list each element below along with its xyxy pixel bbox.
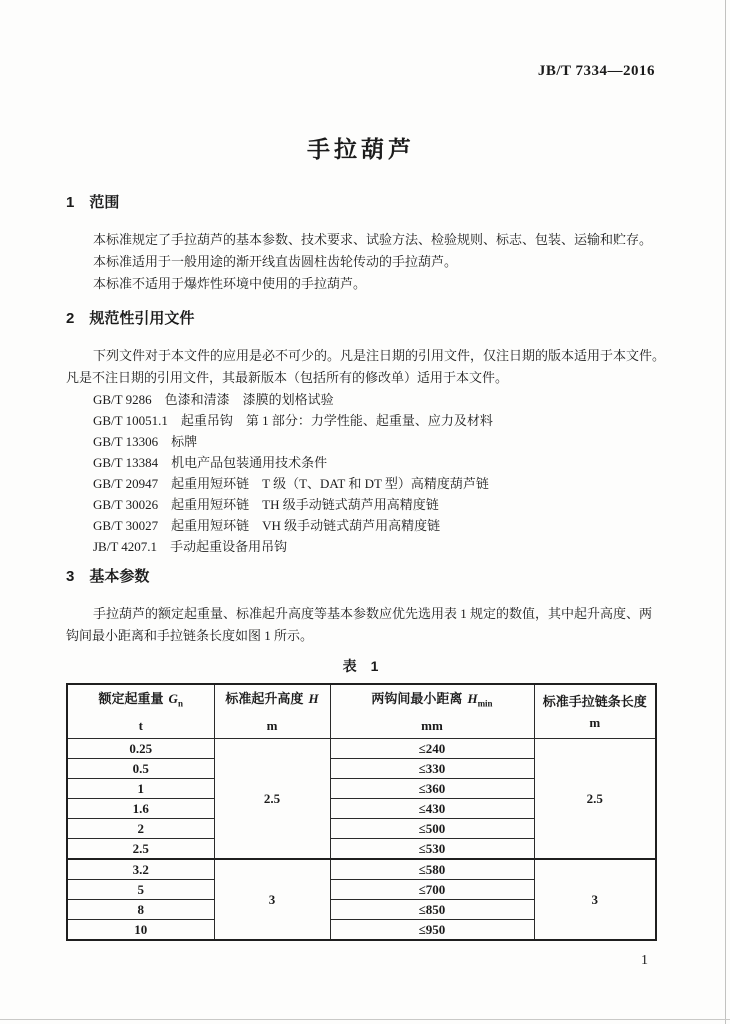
reference-code: GB/T 30027 — [93, 518, 158, 533]
cell-capacity: 2 — [67, 818, 214, 838]
cell-min-distance: ≤500 — [330, 818, 534, 838]
col-header-label: 标准起升高度 — [225, 691, 303, 706]
col-header-chain-length: 标准手拉链条长度 m — [534, 684, 656, 738]
page-content: JB/T 7334—2016 手拉葫芦 1 范围 本标准规定了手拉葫芦的基本参数… — [66, 0, 656, 969]
col-header-unit: m — [535, 714, 656, 731]
cell-capacity: 0.25 — [67, 738, 214, 758]
reference-title: 标牌 — [171, 434, 197, 449]
cell-min-distance: ≤580 — [330, 859, 534, 880]
section-heading-parameters: 3 基本参数 — [66, 568, 656, 586]
reference-title: 机电产品包装通用技术条件 — [171, 455, 327, 470]
cell-min-distance: ≤330 — [330, 758, 534, 778]
cell-capacity: 1.6 — [67, 798, 214, 818]
reference-code: GB/T 13384 — [93, 455, 158, 470]
col-header-unit: t — [68, 717, 214, 734]
cell-lift-height: 2.5 — [214, 738, 330, 859]
cell-capacity: 3.2 — [67, 859, 214, 880]
page-number: 1 — [66, 953, 656, 969]
col-header-symbol: H — [308, 691, 318, 706]
col-header-lift-height: 标准起升高度H m — [214, 684, 330, 738]
reference-code: GB/T 30026 — [93, 497, 158, 512]
section-heading-references: 2 规范性引用文件 — [66, 310, 656, 328]
document-title: 手拉葫芦 — [66, 136, 656, 163]
table-header-row: 额定起重量Gn t 标准起升高度H m 两钩间最小距离Hmin mm 标准手拉链… — [67, 684, 656, 738]
cell-min-distance: ≤700 — [330, 879, 534, 899]
document-page: JB/T 7334—2016 手拉葫芦 1 范围 本标准规定了手拉葫芦的基本参数… — [0, 0, 730, 1024]
reference-item: JB/T 4207.1手动起重设备用吊钩 — [66, 536, 656, 557]
cell-capacity: 0.5 — [67, 758, 214, 778]
section-heading-scope: 1 范围 — [66, 194, 656, 212]
reference-item: GB/T 30027起重用短环链 VH 级手动链式葫芦用高精度链 — [66, 515, 656, 536]
table-row: 3.2 3 ≤580 3 — [67, 859, 656, 880]
col-header-label: 标准手拉链条长度 — [543, 694, 647, 709]
section-parameters-body: 手拉葫芦的额定起重量、标准起升高度等基本参数应优先选用表 1 规定的数值，其中起… — [66, 603, 656, 647]
cell-capacity: 10 — [67, 919, 214, 940]
cell-chain-length: 2.5 — [534, 738, 656, 859]
reference-item: GB/T 10051.1起重吊钩 第 1 部分：力学性能、起重量、应力及材料 — [66, 410, 656, 431]
references-list: GB/T 9286色漆和清漆 漆膜的划格试验 GB/T 10051.1起重吊钩 … — [66, 389, 656, 557]
reference-item: GB/T 13306标牌 — [66, 431, 656, 452]
parameters-paragraph-line: 钩间最小距离和手拉链条长度如图 1 所示。 — [66, 625, 656, 647]
scan-edge-right — [725, 0, 726, 1024]
scan-edge-bottom — [0, 1019, 730, 1020]
reference-code: JB/T 4207.1 — [93, 539, 157, 554]
reference-item: GB/T 13384机电产品包装通用技术条件 — [66, 452, 656, 473]
col-header-symbol: Gn — [169, 691, 183, 706]
reference-code: GB/T 10051.1 — [93, 413, 168, 428]
cell-capacity: 5 — [67, 879, 214, 899]
table-row: 0.25 2.5 ≤240 2.5 — [67, 738, 656, 758]
scope-paragraph: 本标准规定了手拉葫芦的基本参数、技术要求、试验方法、检验规则、标志、包装、运输和… — [66, 229, 656, 251]
table-caption: 表 1 — [66, 656, 655, 676]
cell-min-distance: ≤240 — [330, 738, 534, 758]
col-header-symbol: Hmin — [467, 691, 492, 706]
col-header-unit: mm — [331, 717, 534, 734]
cell-min-distance: ≤850 — [330, 899, 534, 919]
section-references-body: 下列文件对于本文件的应用是必不可少的。凡是注日期的引用文件，仅注日期的版本适用于… — [66, 345, 656, 557]
cell-capacity: 8 — [67, 899, 214, 919]
col-header-rated-capacity: 额定起重量Gn t — [67, 684, 214, 738]
cell-chain-length: 3 — [534, 859, 656, 940]
col-header-label: 额定起重量 — [99, 691, 164, 706]
col-header-label: 两钩间最小距离 — [371, 691, 462, 706]
reference-code: GB/T 9286 — [93, 392, 152, 407]
reference-title: 起重吊钩 第 1 部分：力学性能、起重量、应力及材料 — [181, 413, 493, 428]
reference-item: GB/T 30026起重用短环链 TH 级手动链式葫芦用高精度链 — [66, 494, 656, 515]
standard-number: JB/T 7334—2016 — [66, 62, 656, 80]
cell-capacity: 2.5 — [67, 838, 214, 859]
references-intro-line: 凡是不注日期的引用文件，其最新版本（包括所有的修改单）适用于本文件。 — [66, 367, 656, 389]
cell-min-distance: ≤430 — [330, 798, 534, 818]
cell-min-distance: ≤950 — [330, 919, 534, 940]
reference-item: GB/T 20947起重用短环链 T 级（T、DAT 和 DT 型）高精度葫芦链 — [66, 473, 656, 494]
cell-capacity: 1 — [67, 778, 214, 798]
scope-paragraph: 本标准适用于一般用途的渐开线直齿圆柱齿轮传动的手拉葫芦。 — [66, 251, 656, 273]
reference-code: GB/T 20947 — [93, 476, 158, 491]
reference-title: 起重用短环链 TH 级手动链式葫芦用高精度链 — [171, 497, 439, 512]
reference-title: 色漆和清漆 漆膜的划格试验 — [165, 392, 334, 407]
col-header-unit: m — [215, 717, 330, 734]
section-scope-body: 本标准规定了手拉葫芦的基本参数、技术要求、试验方法、检验规则、标志、包装、运输和… — [66, 229, 656, 295]
cell-min-distance: ≤360 — [330, 778, 534, 798]
reference-code: GB/T 13306 — [93, 434, 158, 449]
parameters-paragraph-line: 手拉葫芦的额定起重量、标准起升高度等基本参数应优先选用表 1 规定的数值，其中起… — [66, 603, 656, 625]
reference-title: 手动起重设备用吊钩 — [170, 539, 287, 554]
cell-min-distance: ≤530 — [330, 838, 534, 859]
col-header-min-distance: 两钩间最小距离Hmin mm — [330, 684, 534, 738]
reference-item: GB/T 9286色漆和清漆 漆膜的划格试验 — [66, 389, 656, 410]
reference-title: 起重用短环链 T 级（T、DAT 和 DT 型）高精度葫芦链 — [171, 476, 489, 491]
reference-title: 起重用短环链 VH 级手动链式葫芦用高精度链 — [171, 518, 440, 533]
scope-paragraph: 本标准不适用于爆炸性环境中使用的手拉葫芦。 — [66, 273, 656, 295]
basic-parameters-table: 额定起重量Gn t 标准起升高度H m 两钩间最小距离Hmin mm 标准手拉链… — [66, 683, 657, 941]
references-intro-line: 下列文件对于本文件的应用是必不可少的。凡是注日期的引用文件，仅注日期的版本适用于… — [66, 345, 656, 367]
cell-lift-height: 3 — [214, 859, 330, 940]
